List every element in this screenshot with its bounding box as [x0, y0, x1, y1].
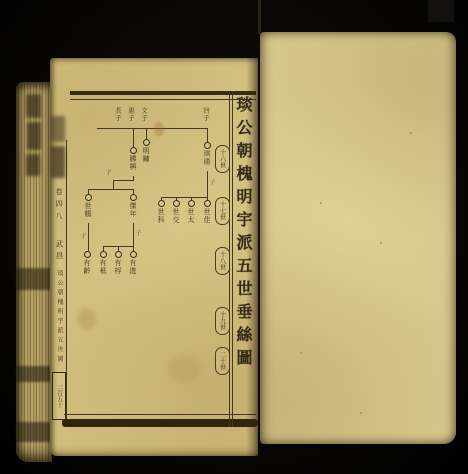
- spine-title-smudge: [27, 122, 41, 150]
- tree-line: [207, 171, 208, 197]
- person-circle-icon: [204, 142, 211, 149]
- left-page: 卷四八 武昌 琰公朝槐明宇派五世圖 二百五十 長子 惠子 文子 四子 胇興 明鏞…: [50, 58, 258, 456]
- connector-son-label: 子: [81, 232, 87, 240]
- tree-line: [207, 128, 208, 142]
- volume-label: 卷四八: [54, 188, 64, 234]
- person-name: 世交: [171, 208, 181, 224]
- person-circle-icon: [173, 200, 180, 207]
- person-circle-icon: [130, 251, 137, 258]
- paper-stain: [78, 308, 96, 330]
- tree-line: [88, 223, 89, 251]
- person-name: 世鶴: [83, 202, 93, 218]
- spine-title-smudge: [26, 154, 40, 176]
- leaf-number: 二百五十: [56, 384, 63, 408]
- paper-speck: [360, 412, 362, 414]
- generation-marker-label: 十九世: [219, 311, 227, 331]
- person-circle-icon: [204, 200, 211, 207]
- book-photo: 卷四八 武昌 琰公朝槐明宇派五世圖 二百五十 長子 惠子 文子 四子 胇興 明鏞…: [0, 0, 468, 474]
- person-circle-icon: [158, 200, 165, 207]
- person-name: 有進: [128, 259, 138, 275]
- person-name: 明鏞: [141, 147, 151, 163]
- paper-speck: [320, 202, 322, 204]
- person-name: 琪瑛: [202, 150, 212, 166]
- right-page: [260, 32, 456, 444]
- person-circle-icon: [85, 194, 92, 201]
- person-node: 有桴: [110, 251, 126, 275]
- connector-son-label: 子: [210, 178, 216, 186]
- person-name: 有秪: [98, 259, 108, 275]
- generation-marker-label: 十八世: [219, 251, 227, 271]
- person-name: 有齡: [82, 259, 92, 275]
- paper-stain: [154, 122, 164, 136]
- binding-gap: [258, 0, 261, 34]
- person-circle-icon: [143, 139, 150, 146]
- book-fore-edge: [16, 82, 52, 462]
- person-node: 世科: [153, 200, 169, 224]
- person-name: 世佳: [202, 208, 212, 224]
- margin-smudge: [51, 116, 65, 142]
- generation-marker: 二十世: [215, 347, 230, 375]
- paper-speck: [410, 132, 412, 134]
- stain-band: [16, 366, 52, 382]
- stain-band: [16, 268, 52, 290]
- son-label: 四子: [198, 102, 210, 126]
- person-circle-icon: [115, 251, 122, 258]
- margin-subtitle: 琰公朝槐明宇派五世圖: [55, 270, 64, 370]
- person-name: 世科: [156, 208, 166, 224]
- margin-column-rule: [66, 140, 67, 419]
- person-node: 世交: [168, 200, 184, 224]
- tree-line: [146, 128, 147, 139]
- leaf-number-box: 二百五十: [52, 372, 66, 420]
- tree-line: [113, 180, 114, 189]
- generation-marker: 十八世: [215, 247, 230, 275]
- son-label: 文子: [136, 102, 148, 126]
- tree-line: [113, 180, 134, 181]
- margin-smudge: [51, 146, 65, 178]
- connector-son-label: 子: [136, 229, 142, 237]
- person-circle-icon: [130, 194, 137, 201]
- person-node: 世鶴: [80, 194, 96, 218]
- generation-marker-label: 十六世: [219, 149, 227, 169]
- background-shadow: [428, 0, 454, 22]
- person-node: 世佳: [199, 200, 215, 224]
- book-label: 武昌: [54, 240, 65, 268]
- person-circle-icon: [100, 251, 107, 258]
- stain-band: [16, 422, 52, 442]
- spine-title-smudge: [26, 94, 41, 118]
- tree-line: [88, 189, 134, 190]
- paper-speck: [380, 242, 382, 244]
- person-node: 傑年: [125, 194, 141, 218]
- person-name: 胇興: [128, 155, 138, 171]
- person-name: 世太: [186, 208, 196, 224]
- tree-line: [97, 128, 207, 129]
- person-node: 有進: [125, 251, 141, 275]
- generation-marker-label: 十七世: [219, 201, 227, 221]
- person-circle-icon: [84, 251, 91, 258]
- paper-stain: [168, 356, 200, 382]
- person-node: 有秪: [95, 251, 111, 275]
- fold-shadow: [246, 58, 258, 456]
- tree-line: [133, 128, 134, 147]
- person-circle-icon: [130, 147, 137, 154]
- person-node: 世太: [183, 200, 199, 224]
- frame-bottom-rule: [64, 414, 256, 415]
- generation-marker: 十六世: [215, 145, 230, 173]
- tree-line: [161, 197, 208, 198]
- person-node: 明鏞: [138, 139, 154, 163]
- son-label: 長子: [110, 102, 122, 126]
- person-node: 有齡: [79, 251, 95, 275]
- person-name: 有桴: [113, 259, 123, 275]
- tree-line: [133, 223, 134, 246]
- person-name: 傑年: [128, 202, 138, 218]
- column-rule: [229, 91, 230, 427]
- paper-speck: [300, 352, 302, 354]
- son-label: 惠子: [123, 102, 135, 126]
- person-circle-icon: [188, 200, 195, 207]
- person-node: 琪瑛: [199, 142, 215, 166]
- generation-marker: 十九世: [215, 307, 230, 335]
- generation-marker: 十七世: [215, 197, 230, 225]
- generation-marker-label: 二十世: [219, 351, 227, 371]
- connector-son-label: 子: [106, 168, 112, 176]
